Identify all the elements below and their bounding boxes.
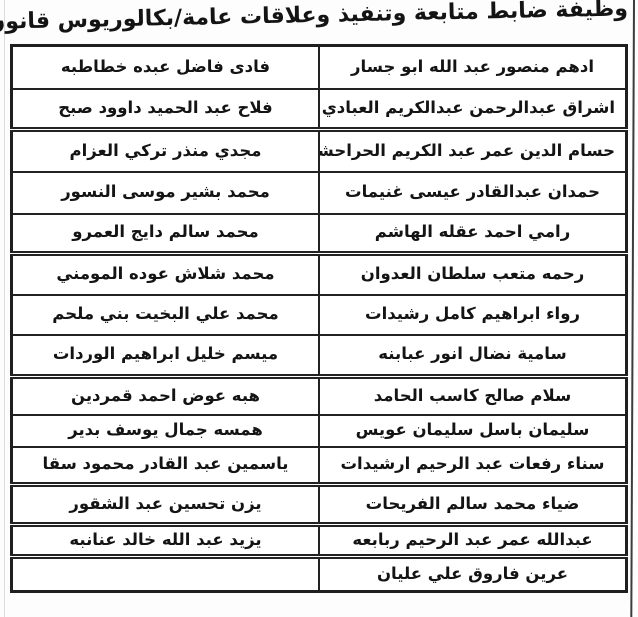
table-row: رواء ابراهيم كامل رشيدات محمد علي البخيت… (12, 295, 627, 335)
name-cell-left: يزن تحسين عبد الشقور (12, 485, 320, 525)
table-row: سلام صالح كاسب الحامد هبه عوض احمد قمردي… (12, 377, 627, 415)
table-row: سامية نضال انور عبابنه ميسم خليل ابراهيم… (12, 335, 627, 377)
name-cell-left: همسه جمال يوسف بدير (12, 415, 320, 447)
name-cell-right: سلام صالح كاسب الحامد (319, 377, 627, 415)
table-row: سناء رفعات عبد الرحيم ارشيدات ياسمين عبد… (12, 447, 627, 485)
name-cell-right: رامي احمد عقله الهاشم (319, 214, 627, 254)
name-cell-right: ضياء محمد سالم الفريحات (319, 485, 627, 525)
table-row: حمدان عبدالقادر عيسى غنيمات محمد بشير مو… (12, 172, 627, 214)
name-cell-right: ادهم منصور عبد الله ابو جسار (319, 46, 627, 89)
scan-edge-right-line (630, 0, 635, 617)
name-cell-left: فلاح عبد الحميد داوود صبح (12, 89, 320, 130)
table-row: سليمان باسل سليمان عويس همسه جمال يوسف ب… (12, 415, 627, 447)
table-row: اشراق عبدالرحمن عبدالكريم العبادي فلاح ع… (12, 89, 627, 130)
table-row: ادهم منصور عبد الله ابو جسار فادى فاضل ع… (12, 46, 627, 89)
table-row: رامي احمد عقله الهاشم محمد سالم دايج الع… (12, 214, 627, 254)
name-cell-left: محمد علي البخيت بني ملحم (12, 295, 320, 335)
name-cell-left: هبه عوض احمد قمردين (12, 377, 320, 415)
name-cell-left: ميسم خليل ابراهيم الوردات (12, 335, 320, 377)
name-cell-left: مجدي منذر تركي العزام (12, 130, 320, 172)
name-cell-right: حمدان عبدالقادر عيسى غنيمات (319, 172, 627, 214)
name-cell-left: محمد بشير موسى النسور (12, 172, 320, 214)
scan-edge-left-line (4, 0, 5, 617)
name-cell-left: محمد سالم دايج العمرو (12, 214, 320, 254)
name-cell-left: ياسمين عبد القادر محمود سقا (12, 447, 320, 485)
name-cell-left (12, 557, 320, 592)
name-cell-right: سليمان باسل سليمان عويس (319, 415, 627, 447)
name-cell-left: يزيد عبد الله خالد عنانبه (12, 525, 320, 557)
name-cell-right: رحمه متعب سلطان العدوان (319, 254, 627, 295)
page-title: وظيفة ضابط متابعة وتنفيذ وعلاقات عامة/بك… (0, 0, 628, 35)
name-cell-right: عبدالله عمر عبد الرحيم ربابعه (319, 525, 627, 557)
name-cell-right: عرين فاروق علي عليان (319, 557, 627, 592)
name-cell-left: فادى فاضل عبده خطاطبه (12, 46, 320, 89)
table-row: رحمه متعب سلطان العدوان محمد شلاش عوده ا… (12, 254, 627, 295)
name-cell-right: سامية نضال انور عبابنه (319, 335, 627, 377)
table-row: عبدالله عمر عبد الرحيم ربابعه يزيد عبد ا… (12, 525, 627, 557)
table-row: حسام الدين عمر عبد الكريم الحراحشه مجدي … (12, 130, 627, 172)
name-cell-right: سناء رفعات عبد الرحيم ارشيدات (319, 447, 627, 485)
name-cell-right: حسام الدين عمر عبد الكريم الحراحشه (319, 130, 627, 172)
table-row: ضياء محمد سالم الفريحات يزن تحسين عبد ال… (12, 485, 627, 525)
name-cell-right: اشراق عبدالرحمن عبدالكريم العبادي (319, 89, 627, 130)
name-cell-right: رواء ابراهيم كامل رشيدات (319, 295, 627, 335)
name-cell-left: محمد شلاش عوده المومني (12, 254, 320, 295)
names-table: ادهم منصور عبد الله ابو جسار فادى فاضل ع… (10, 44, 628, 593)
table-row: عرين فاروق علي عليان (12, 557, 627, 592)
